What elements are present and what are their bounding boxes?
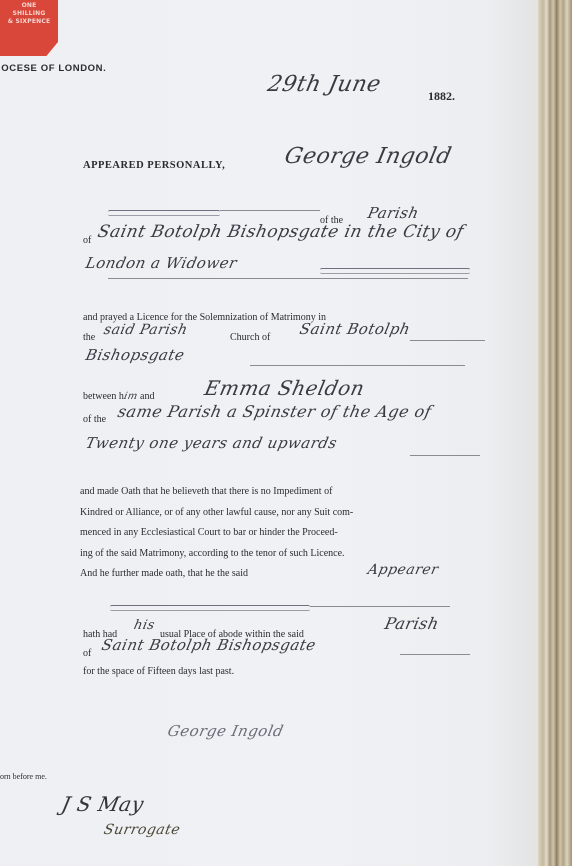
bride-name: Emma Sheldon bbox=[202, 376, 366, 400]
filler-rule bbox=[410, 340, 485, 341]
of-label: of bbox=[83, 647, 91, 660]
handwritten-date: 29th June bbox=[265, 72, 383, 97]
sworn-before-label: orn before me. bbox=[0, 770, 47, 783]
said-person: Appearer bbox=[366, 562, 440, 578]
bride-description-2: Twenty one years and upwards bbox=[84, 434, 339, 452]
abode-parish-word: Parish bbox=[383, 614, 441, 633]
oath-line: menced in any Ecclesiastical Court to ba… bbox=[80, 523, 485, 544]
printed-year: 1882. bbox=[428, 90, 455, 103]
filler-rule bbox=[310, 606, 450, 607]
filler-rule bbox=[220, 210, 320, 211]
parish-word: Parish bbox=[366, 204, 421, 222]
said-parish: said Parish bbox=[102, 322, 189, 338]
revenue-stamp: ONE SHILLING & SIXPENCE bbox=[0, 0, 58, 56]
between-and: and bbox=[138, 391, 155, 402]
oath-line: and made Oath that he believeth that the… bbox=[80, 482, 485, 503]
his-handwritten: his bbox=[132, 618, 156, 633]
residence-line-1: Saint Botolph Bishopsgate in the City of bbox=[96, 222, 466, 242]
book-binding-edge bbox=[538, 0, 572, 866]
residence-line-2: London a Widower bbox=[84, 254, 239, 272]
filler-flourish bbox=[320, 268, 470, 274]
oath-line: ing of the said Matrimony, according to … bbox=[80, 544, 485, 565]
abode-parish-name: Saint Botolph Bishopsgate bbox=[100, 636, 318, 654]
church-of-label: Church of bbox=[230, 331, 270, 344]
filler-rule bbox=[250, 365, 465, 366]
filler-flourish bbox=[108, 210, 220, 216]
licence-affidavit-page: ONE SHILLING & SIXPENCE IOCESE OF LONDON… bbox=[0, 0, 540, 866]
filler-rule bbox=[108, 278, 468, 279]
stamp-line: & SIXPENCE bbox=[0, 18, 58, 26]
stamp-line: SHILLING bbox=[0, 10, 58, 18]
filler-rule bbox=[410, 455, 480, 456]
the-label: the bbox=[83, 331, 95, 344]
filler-flourish bbox=[110, 605, 310, 611]
surrogate-signature: J S May bbox=[59, 792, 146, 816]
stamp-line: ONE bbox=[0, 2, 58, 10]
appearer-name: George Ingold bbox=[282, 144, 454, 169]
church-name-1: Saint Botolph bbox=[298, 320, 412, 338]
of-the-label: of the bbox=[83, 413, 106, 426]
oath-line: Kindred or Alliance, or of any other law… bbox=[80, 503, 485, 524]
filler-rule bbox=[400, 654, 470, 655]
appeared-personally-label: APPEARED PERSONALLY, bbox=[83, 159, 225, 172]
surrogate-title: Surrogate bbox=[102, 822, 182, 838]
diocese-header: IOCESE OF LONDON. bbox=[0, 62, 106, 75]
between-prefix: between h bbox=[83, 391, 124, 402]
abode-duration-text: for the space of Fifteen days last past. bbox=[83, 665, 234, 678]
church-name-2: Bishopsgate bbox=[84, 346, 186, 364]
of-label: of bbox=[83, 234, 91, 247]
appearer-signature: George Ingold bbox=[166, 722, 285, 740]
bride-description-1: same Parish a Spinster of the Age of bbox=[116, 402, 433, 421]
